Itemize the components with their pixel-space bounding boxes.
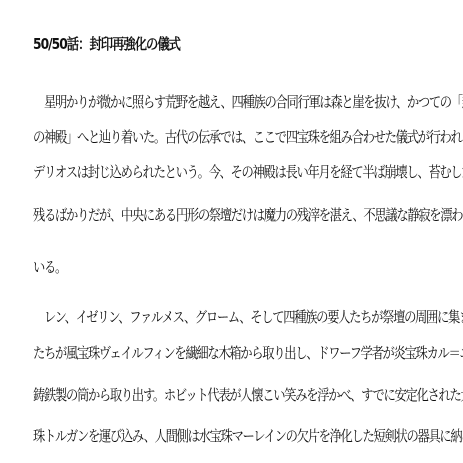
text-line: 星明かりが微かに照らす荒野を越え、四種族の合同行軍は森と崖を抜け、かつての「封印 bbox=[33, 92, 463, 112]
text-line: デリオスは封じ込められたという。今、その神殿は長い年月を経て半ば崩壊し、苔むした… bbox=[33, 162, 463, 182]
text-line: たちが風宝珠ヴェイルフィンを繊細な木箱から取り出し、ドワーフ学者が炎宝珠カル＝エ… bbox=[33, 343, 463, 363]
text-line: の神殿」へと辿り着いた。古代の伝承では、ここで四宝珠を組み合わせた儀式が行われ、… bbox=[33, 127, 463, 147]
text-line: 珠トルガンを運び込み、人間側は水宝珠マーレインの欠片を浄化した短剣状の器具に納め… bbox=[33, 426, 463, 446]
text-line: 残るばかりだが、中央にある円形の祭壇だけは魔力の残滓を湛え、不思議な静寂を漂わせ… bbox=[33, 205, 463, 225]
document-page: 50/50話：封印再強化の儀式 星明かりが微かに照らす荒野を越え、四種族の合同行… bbox=[0, 0, 463, 463]
text-line: 鋳鉄製の筒から取り出す。ホビット代表が人懐こい笑みを浮かべ、すでに安定化された大… bbox=[33, 385, 463, 405]
chapter-title: 50/50話：封印再強化の儀式 bbox=[33, 34, 180, 54]
text-line: いる。 bbox=[33, 257, 66, 277]
text-line: レン、イゼリン、ファルメス、グローム、そして四種族の要人たちが祭壇の周囲に集まる… bbox=[33, 307, 463, 327]
